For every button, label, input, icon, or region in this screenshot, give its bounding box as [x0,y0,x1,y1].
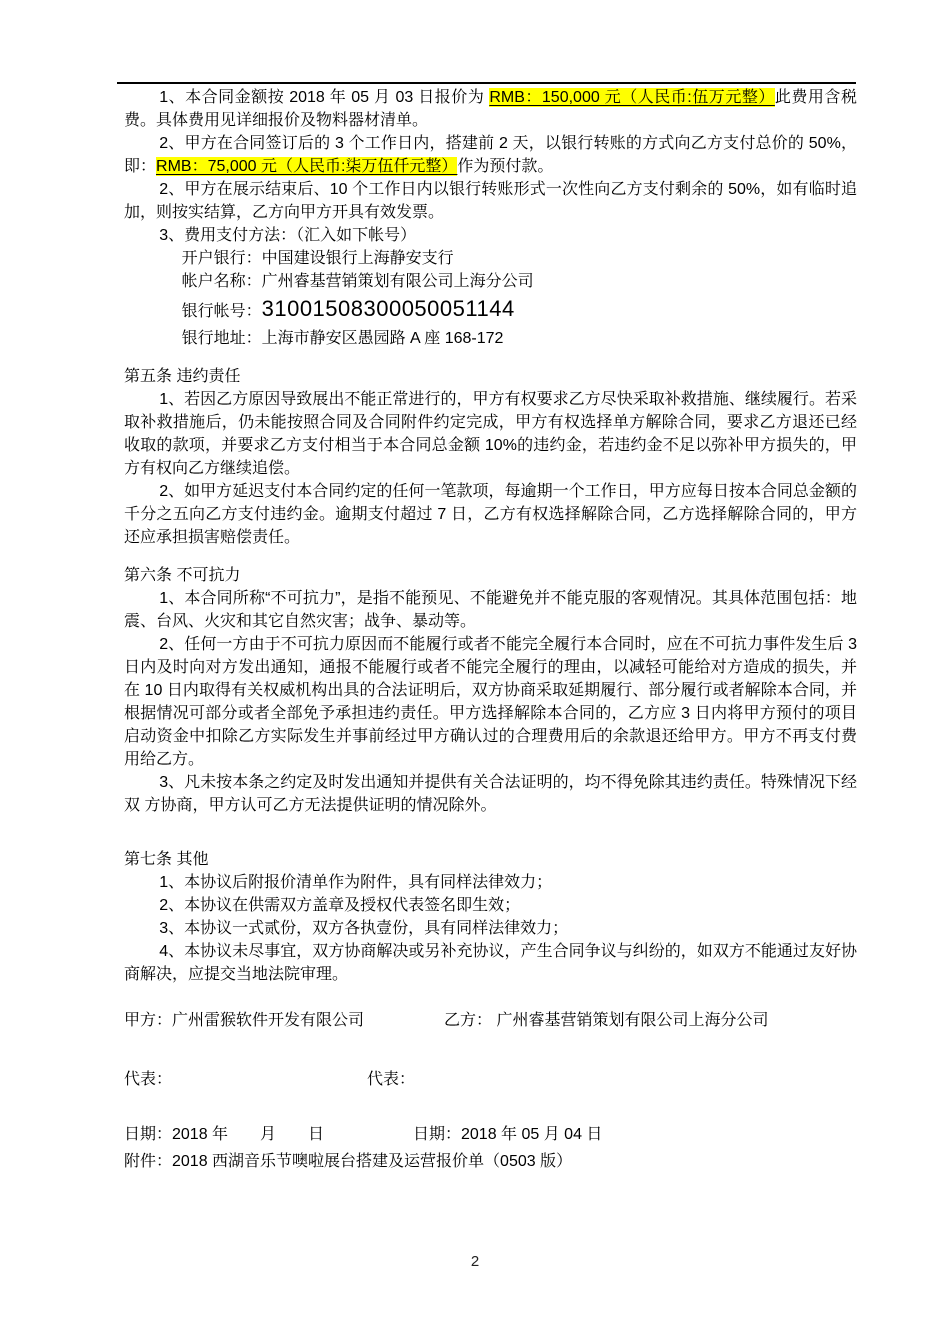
article-7-item-1: 1、本协议后附报价清单作为附件，具有同样法律效力； [124,871,857,894]
payment-item-1-text: 1、本合同金额按 2018 年 05 月 03 日报价为 [159,89,489,106]
representatives-row: 代表： 代表： [124,1068,857,1091]
document-page: 1、本合同金额按 2018 年 05 月 03 日报价为 RMB：150,000… [0,0,950,1344]
bank-account-number-label: 银行帐号： [182,303,262,320]
party-a-representative-label: 代表： [124,1068,367,1091]
party-b-representative-label: 代表： [367,1068,415,1091]
bank-account-number-row: 银行帐号：31001508300050051144 [124,293,857,327]
party-b-date: 日期：2018 年 05 月 04 日 [413,1123,602,1146]
article-6-para-1: 1、本合同所称“不可抗力”，是指不能预见、不能避免并不能克服的客观情况。其具体范… [124,587,857,633]
bank-name-row: 开户银行：中国建设银行上海静安支行 [124,247,857,270]
article-5: 第五条 违约责任 1、若因乙方原因导致展出不能正常进行的，甲方有权要求乙方尽快采… [124,365,857,549]
party-b-name: 乙方： 广州睿基营销策划有限公司上海分公司 [444,1009,768,1032]
article-7-item-2: 2、本协议在供需双方盖章及授权代表签名即生效； [124,894,857,917]
header-rule [117,82,856,84]
signature-block: 甲方：广州雷猴软件开发有限公司 乙方： 广州睿基营销策划有限公司上海分公司 代表… [124,1009,857,1173]
dates-row: 日期：2018 年 月 日 日期：2018 年 05 月 04 日 [124,1123,857,1146]
page-number: 2 [0,1253,950,1270]
party-a-date: 日期：2018 年 月 日 [124,1123,413,1146]
parties-row: 甲方：广州雷猴软件开发有限公司 乙方： 广州睿基营销策划有限公司上海分公司 [124,1009,857,1032]
article-5-para-2: 2、如甲方延迟支付本合同约定的任何一笔款项，每逾期一个工作日，甲方应每日按本合同… [124,480,857,549]
article-6: 第六条 不可抗力 1、本合同所称“不可抗力”，是指不能预见、不能避免并不能克服的… [124,564,857,817]
payment-item-3: 2、甲方在展示结束后、10 个工作日内以银行转账形式一次性向乙方支付剩余的 50… [124,178,857,224]
article-6-para-3: 3、凡未按本条之约定及时发出通知并提供有关合法证明的，均不得免除其违约责任。特殊… [124,771,857,817]
payment-item-2: 2、甲方在合同签订后的 3 个工作日内，搭建前 2 天，以银行转账的方式向乙方支… [124,132,857,178]
bank-account-name-row: 帐户名称：广州睿基营销策划有限公司上海分公司 [124,270,857,293]
attachment-line: 附件：2018 西湖音乐节噢啦展台搭建及运营报价单（0503 版） [124,1150,857,1173]
article-7-item-3: 3、本协议一式贰份，双方各执壹份，具有同样法律效力； [124,917,857,940]
article-5-title: 第五条 违约责任 [124,365,857,388]
article-6-title: 第六条 不可抗力 [124,564,857,587]
bank-account-number: 31001508300050051144 [262,296,515,321]
payment-item-2-tail: 作为预付款。 [457,158,553,175]
payment-item-4: 3、费用支付方法：（汇入如下帐号） [124,224,857,247]
bank-address-row: 银行地址：上海市静安区愚园路 A 座 168-172 [124,327,857,350]
article-7-item-4: 4、本协议未尽事宜，双方协商解决或另补充协议，产生合同争议与纠纷的，如双方不能通… [124,940,857,986]
party-a-name: 甲方：广州雷猴软件开发有限公司 [124,1009,444,1032]
article-7: 第七条 其他 1、本协议后附报价清单作为附件，具有同样法律效力； 2、本协议在供… [124,848,857,986]
article-5-para-1: 1、若因乙方原因导致展出不能正常进行的，甲方有权要求乙方尽快采取补救措施、继续履… [124,388,857,480]
document-content: 1、本合同金额按 2018 年 05 月 03 日报价为 RMB：150,000… [124,86,857,1173]
payment-amount-total-highlight: RMB：150,000 元（人民币:伍万元整） [489,88,775,107]
payment-item-1: 1、本合同金额按 2018 年 05 月 03 日报价为 RMB：150,000… [124,86,857,132]
article-6-para-2: 2、任何一方由于不可抗力原因而不能履行或者不能完全履行本合同时，应在不可抗力事件… [124,633,857,771]
article-7-title: 第七条 其他 [124,848,857,871]
payment-amount-deposit-highlight: RMB：75,000 元（人民币:柒万伍仟元整） [156,157,457,176]
